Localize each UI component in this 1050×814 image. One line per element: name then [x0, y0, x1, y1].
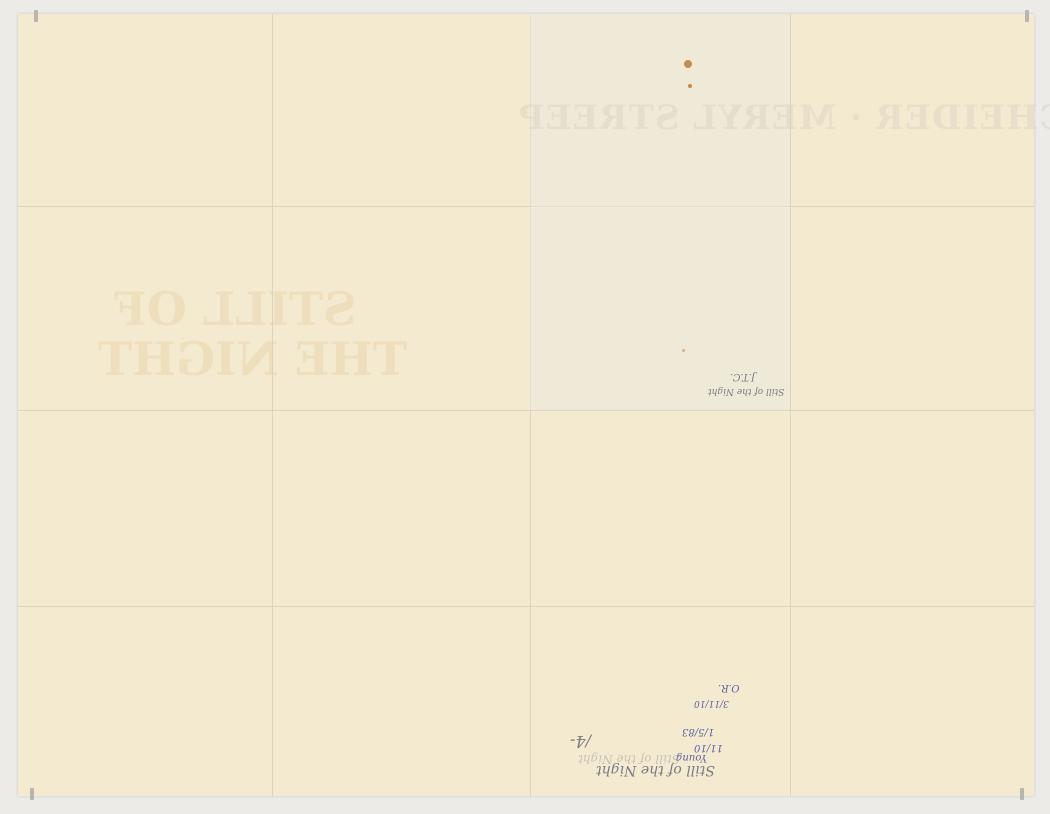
lighter-panel — [530, 14, 790, 410]
handwritten-note: 3/11/10 — [694, 698, 729, 708]
handwritten-note: Young — [676, 752, 707, 763]
handwritten-note: O.R. — [718, 682, 740, 693]
fold-line-horizontal-1 — [18, 206, 1034, 208]
show-through-title-line1: STILL OF — [114, 282, 356, 336]
fold-line-vertical-1 — [272, 14, 274, 796]
pin — [1020, 788, 1024, 800]
show-through-credits: ROY SCHEIDER · MERYL STREEP — [518, 98, 1050, 138]
fold-line-horizontal-3 — [18, 606, 1034, 608]
fold-line-horizontal-2 — [18, 410, 1034, 412]
handwritten-note: 1/5/83 — [682, 726, 714, 737]
handwritten-price: /4- — [570, 732, 591, 751]
handwritten-note: J.T.C. — [730, 371, 755, 382]
poster-back: ROY SCHEIDER · MERYL STREEP STILL OF THE… — [18, 14, 1034, 796]
stain-spot — [682, 349, 685, 352]
show-through-title-line2: THE NIGHT — [98, 332, 407, 386]
pin — [34, 10, 38, 22]
handwritten-note: Still of the Night — [708, 386, 784, 396]
pin — [1025, 10, 1029, 22]
pin — [30, 788, 34, 800]
stain-spot — [688, 84, 692, 88]
handwritten-note: 11/10 — [694, 742, 723, 753]
stain-spot — [684, 60, 692, 68]
handwritten-note-faint: Still of the Night — [578, 752, 680, 766]
